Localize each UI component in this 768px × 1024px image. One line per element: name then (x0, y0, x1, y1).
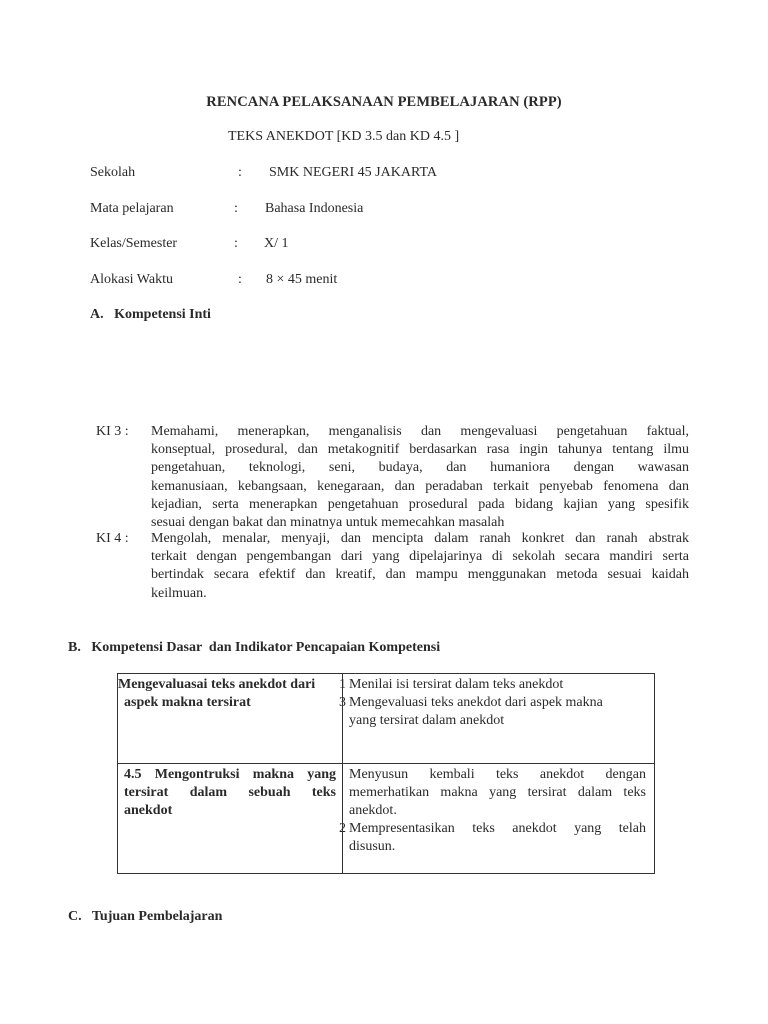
ki4-label: KI 4 : (96, 531, 129, 547)
indicator-line: Menyusun kembali teks anekdot dengan (349, 766, 646, 784)
indicator-line: yang tersirat dalam anekdot (349, 712, 646, 730)
section-c-heading: C. Tujuan Pembelajaran (68, 909, 222, 925)
kd-line: aspek makna tersirat (118, 694, 336, 712)
ki4-text: Mengolah, menalar, menyaji, dan mencipta… (151, 530, 689, 603)
ki3-line: kemanusiaan, kebangsaan, kenegaraan, dan… (151, 478, 689, 496)
indicator-line: memerhatikan makna yang tersirat dalam t… (349, 784, 646, 802)
indicator-line: anekdot. (349, 802, 646, 820)
identity-value-time: 8 × 45 menit (266, 272, 337, 288)
indicator-item: 2Mempresentasikan teks anekdot yang tela… (349, 820, 646, 838)
identity-colon: : (238, 272, 242, 288)
identity-label-time: Alokasi Waktu (90, 272, 173, 288)
identity-label-school: Sekolah (90, 165, 135, 181)
section-b-heading: B. Kompetensi Dasar dan Indikator Pencap… (68, 640, 440, 656)
identity-colon: : (234, 201, 238, 217)
ki3-text: Memahami, menerapkan, menganalisis dan m… (151, 423, 689, 532)
indicator-item: 1Menilai isi tersirat dalam teks anekdot (349, 676, 646, 694)
kd-cell: Mengevaluasai teks anekdot dari aspek ma… (118, 674, 343, 764)
ki3-label: KI 3 : (96, 424, 129, 440)
kd-cell: 4.5 Mengontruksi makna yang tersirat dal… (118, 764, 343, 874)
kd-line: 4.5 Mengontruksi makna yang (124, 766, 336, 784)
indicator-number: 1 (339, 676, 346, 694)
kd-line: anekdot (124, 802, 336, 820)
indicator-number: 2 (339, 820, 346, 838)
table-row: 4.5 Mengontruksi makna yang tersirat dal… (118, 764, 655, 874)
kd-line: tersirat dalam sebuah teks (124, 784, 336, 802)
section-a-heading: A. Kompetensi Inti (90, 307, 211, 323)
ki3-line: konseptual, prosedural, dan metakognitif… (151, 441, 689, 459)
ki3-line: kejadian, serta menerapkan pengetahuan p… (151, 496, 689, 514)
ki4-line: keilmuan. (151, 585, 689, 603)
identity-value-class: X/ 1 (264, 236, 289, 252)
identity-label-subject: Mata pelajaran (90, 201, 174, 217)
document-subtitle: TEKS ANEKDOT [KD 3.5 dan KD 4.5 ] (228, 129, 459, 145)
indicator-item: 3Mengevaluasi teks anekdot dari aspek ma… (349, 694, 646, 712)
kd-line: Mengevaluasai teks anekdot dari (118, 676, 336, 694)
ki4-line: Mengolah, menalar, menyaji, dan mencipta… (151, 530, 689, 548)
identity-value-subject: Bahasa Indonesia (265, 201, 363, 217)
ki4-line: terkait dengan pengembangan dari yang di… (151, 548, 689, 566)
indicator-number: 3 (339, 694, 346, 712)
indicator-cell: Menyusun kembali teks anekdot dengan mem… (343, 764, 655, 874)
table-row: Mengevaluasai teks anekdot dari aspek ma… (118, 674, 655, 764)
identity-label-class: Kelas/Semester (90, 236, 177, 252)
ki4-line: bertindak secara efektif dan kreatif, da… (151, 566, 689, 584)
indicator-line: disusun. (349, 838, 646, 856)
identity-colon: : (234, 236, 238, 252)
kd-indicator-table: Mengevaluasai teks anekdot dari aspek ma… (117, 673, 655, 874)
ki3-line: pengetahuan, teknologi, seni, budaya, da… (151, 459, 689, 477)
identity-colon: : (238, 165, 242, 181)
identity-value-school: SMK NEGERI 45 JAKARTA (269, 165, 437, 181)
ki3-line: Memahami, menerapkan, menganalisis dan m… (151, 423, 689, 441)
indicator-cell: 1Menilai isi tersirat dalam teks anekdot… (343, 674, 655, 764)
document-title: RENCANA PELAKSANAAN PEMBELAJARAN (RPP) (0, 94, 768, 111)
